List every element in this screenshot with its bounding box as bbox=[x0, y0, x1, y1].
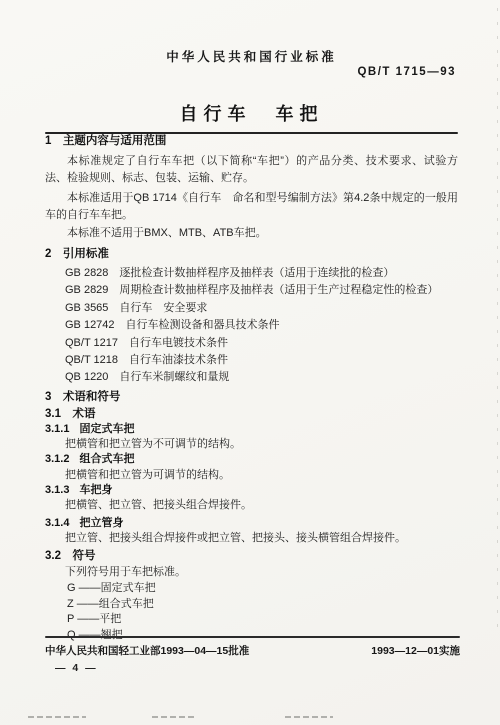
section-1-paragraph: 本标准不适用于BMX、MTB、ATB车把。 bbox=[45, 225, 458, 242]
section-3-2-heading: 3.2 符号 bbox=[45, 549, 458, 564]
document-page: 中华人民共和国行业标准 QB/T 1715—93 自行车 车把 1 主题内容与适… bbox=[0, 0, 500, 725]
reference-item: GB 2829 周期检查计数抽样程序及抽样表（适用于生产过程稳定性的检查） bbox=[65, 282, 458, 299]
document-body: 1 主题内容与适用范围 本标准规定了自行车车把（以下简称“车把”）的产品分类、技… bbox=[45, 126, 458, 644]
term-definition: 把横管和把立管为可调节的结构。 bbox=[45, 468, 458, 483]
term-number: 3.1.4 bbox=[45, 517, 69, 529]
term-number: 3.1.3 bbox=[45, 484, 69, 496]
page-number: — 4 — bbox=[55, 662, 98, 674]
scan-artifact-edge bbox=[497, 8, 498, 635]
footer-rule bbox=[45, 636, 460, 638]
term-heading: 3.1.4把立管身 bbox=[45, 516, 458, 531]
term-number: 3.1.2 bbox=[45, 453, 69, 465]
term-title: 固定式车把 bbox=[79, 423, 134, 435]
reference-item: GB 12742 自行车检测设备和器具技术条件 bbox=[65, 317, 458, 334]
reference-item: QB/T 1218 自行车油漆技术条件 bbox=[65, 352, 458, 369]
term-title: 把立管身 bbox=[79, 517, 123, 529]
section-1-paragraph: 本标准规定了自行车车把（以下简称“车把”）的产品分类、技术要求、试验方法、检验规… bbox=[45, 153, 458, 188]
scan-artifact-dash bbox=[285, 716, 333, 718]
section-3-1-heading: 3.1 术语 bbox=[45, 407, 458, 422]
implementation-text: 1993—12—01实施 bbox=[371, 643, 460, 658]
symbol-list: G ——固定式车把 Z ——组合式车把 P ——平把 Q ——翘把 bbox=[45, 581, 458, 643]
symbols-intro: 下列符号用于车把标准。 bbox=[45, 564, 458, 580]
symbol-item: P ——平把 bbox=[67, 612, 458, 628]
section-1-heading: 1 主题内容与适用范围 bbox=[45, 133, 458, 149]
footer: 中华人民共和国轻工业部1993—04—15批准 1993—12—01实施 bbox=[45, 643, 460, 658]
section-3-heading: 3 术语和符号 bbox=[45, 389, 458, 405]
section-1-paragraph: 本标准适用于QB 1714《自行车 命名和型号编制方法》第4.2条中规定的一般用… bbox=[45, 190, 458, 225]
approval-text: 中华人民共和国轻工业部1993—04—15批准 bbox=[45, 643, 249, 658]
reference-item: GB 2828 逐批检查计数抽样程序及抽样表（适用于连续批的检查） bbox=[65, 265, 458, 282]
reference-item: GB 3565 自行车 安全要求 bbox=[65, 300, 458, 317]
standard-category-label: 中华人民共和国行业标准 bbox=[45, 47, 458, 65]
term-title: 车把身 bbox=[79, 484, 112, 496]
symbol-item: Z ——组合式车把 bbox=[67, 597, 458, 613]
term-definition: 把横管、把立管、把接头组合焊接件。 bbox=[45, 498, 458, 513]
scan-artifact-dash bbox=[28, 716, 86, 718]
document-title: 自行车 车把 bbox=[45, 100, 458, 126]
scan-artifact-dash bbox=[152, 716, 194, 718]
term-heading: 3.1.2组合式车把 bbox=[45, 452, 458, 467]
reference-item: QB 1220 自行车米制螺纹和量规 bbox=[65, 369, 458, 386]
term-definition: 把横管和把立管为不可调节的结构。 bbox=[45, 437, 458, 452]
symbol-item: G ——固定式车把 bbox=[67, 581, 458, 597]
section-2-heading: 2 引用标准 bbox=[45, 246, 458, 262]
reference-item: QB/T 1217 自行车电镀技术条件 bbox=[65, 335, 458, 352]
page-header: 中华人民共和国行业标准 QB/T 1715—93 自行车 车把 bbox=[45, 0, 458, 134]
term-number: 3.1.1 bbox=[45, 423, 69, 435]
term-definition: 把立管、把接头组合焊接件或把立管、把接头、接头横管组合焊接件。 bbox=[45, 531, 458, 546]
scan-artifacts bbox=[0, 716, 500, 719]
term-heading: 3.1.1固定式车把 bbox=[45, 422, 458, 437]
reference-list: GB 2828 逐批检查计数抽样程序及抽样表（适用于连续批的检查） GB 282… bbox=[45, 265, 458, 387]
term-heading: 3.1.3车把身 bbox=[45, 483, 458, 498]
term-title: 组合式车把 bbox=[79, 453, 134, 465]
standard-number: QB/T 1715—93 bbox=[357, 66, 456, 78]
